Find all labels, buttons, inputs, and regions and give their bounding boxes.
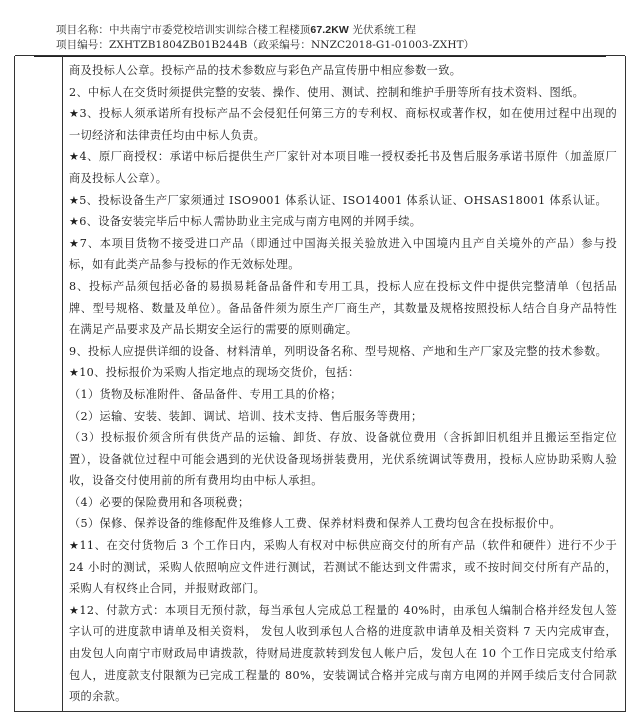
requirement-text: 6、设备安装完毕后中标人需协助业主完成与南方电网的并网手续。 bbox=[79, 215, 421, 228]
requirement-text: 3、投标人须承诺所有投标产品不会侵犯任何第三方的专利权、商标权或著作权，如在使用… bbox=[69, 107, 617, 142]
star-icon: ★ bbox=[69, 194, 79, 207]
requirement-paragraph: ★5、投标设备生产厂家须通过 ISO9001 体系认证、ISO14001 体系认… bbox=[69, 190, 617, 212]
requirement-paragraph: 9、投标人应提供详细的设备、材料清单，列明设备名称、型号规格、产地和生产厂家及完… bbox=[69, 341, 617, 363]
requirement-text: （4）必要的保险费用和各项税费； bbox=[69, 496, 250, 509]
requirement-paragraph: （2）运输、安装、装卸、调试、培训、技术支持、售后服务等费用； bbox=[69, 406, 617, 428]
requirement-text: 商及投标人公章。投标产品的技术参数应与彩色产品宣传册中相应参数一致。 bbox=[69, 64, 461, 77]
requirement-paragraph: ★6、设备安装完毕后中标人需协助业主完成与南方电网的并网手续。 bbox=[69, 211, 617, 233]
requirement-paragraph: 2、中标人在交货时须提供完整的安装、操作、使用、测试、控制和维护手册等所有技术资… bbox=[69, 82, 617, 104]
requirement-paragraph: （1）货物及标准附件、备品备件、专用工具的价格； bbox=[69, 384, 617, 406]
project-number-line: 项目编号：ZXHTZB1804ZB01B244B（政采编号：NNZC2018-G… bbox=[56, 38, 474, 53]
star-icon: ★ bbox=[69, 366, 79, 379]
star-icon: ★ bbox=[69, 237, 80, 250]
requirement-text: （2）运输、安装、装卸、调试、培训、技术支持、售后服务等费用； bbox=[69, 410, 423, 423]
document-header: 项目名称：中共南宁市委党校培训实训综合楼工程楼顶67.2KW 光伏系统工程 项目… bbox=[56, 23, 474, 52]
requirement-text: 9、投标人应提供详细的设备、材料清单，列明设备名称、型号规格、产地和生产厂家及完… bbox=[69, 345, 607, 358]
requirement-paragraph: ★12、付款方式：本项目无预付款，每当承包人完成总工程量的 40%时，由承包人编… bbox=[69, 600, 617, 708]
requirement-paragraph: 8、投标产品须包括必备的易损易耗备品备件和专用工具，投标人应在投标文件中提供完整… bbox=[69, 276, 617, 341]
project-number-label: 项目编号： bbox=[56, 39, 109, 51]
requirement-paragraph: ★11、在交付货物后 3 个工作日内，采购人有权对中标供应商交付的所有产品（软件… bbox=[69, 535, 617, 600]
star-icon: ★ bbox=[69, 539, 79, 552]
requirement-text: （3）投标报价须含所有供货产品的运输、卸货、存放、设备就位费用（含拆卸旧机组并且… bbox=[69, 431, 617, 487]
requirement-text: 2、中标人在交货时须提供完整的安装、操作、使用、测试、控制和维护手册等所有技术资… bbox=[69, 86, 584, 99]
star-icon: ★ bbox=[69, 107, 79, 120]
requirement-text: 10、投标报价为采购人指定地点的现场交货价，包括： bbox=[79, 366, 359, 379]
requirement-text: 5、投标设备生产厂家须通过 ISO9001 体系认证、ISO14001 体系认证… bbox=[79, 194, 607, 207]
project-name-line: 项目名称：中共南宁市委党校培训实训综合楼工程楼顶67.2KW 光伏系统工程 bbox=[56, 23, 474, 38]
star-icon: ★ bbox=[69, 150, 79, 163]
star-icon: ★ bbox=[69, 604, 79, 617]
table-label-column bbox=[15, 56, 63, 711]
requirement-paragraph: ★3、投标人须承诺所有投标产品不会侵犯任何第三方的专利权、商标权或著作权，如在使… bbox=[69, 103, 617, 146]
requirement-text: （1）货物及标准附件、备品备件、专用工具的价格； bbox=[69, 388, 342, 401]
requirement-paragraph: （4）必要的保险费用和各项税费； bbox=[69, 492, 617, 514]
star-icon: ★ bbox=[69, 215, 79, 228]
project-name-value: 中共南宁市委党校培训实训综合楼工程楼顶 bbox=[109, 24, 310, 36]
requirement-text: 11、在交付货物后 3 个工作日内，采购人有权对中标供应商交付的所有产品（软件和… bbox=[69, 539, 617, 595]
requirements-table: 商及投标人公章。投标产品的技术参数应与彩色产品宣传册中相应参数一致。2、中标人在… bbox=[14, 56, 626, 712]
requirement-text: （5）保修、保养设备的维修配件及维修人工费、保养材料费和保养人工费均包含在投标报… bbox=[69, 517, 561, 530]
requirement-paragraph: （5）保修、保养设备的维修配件及维修人工费、保养材料费和保养人工费均包含在投标报… bbox=[69, 513, 617, 535]
requirement-paragraph: ★4、原厂商授权：承诺中标后提供生产厂家针对本项目唯一授权委托书及售后服务承诺书… bbox=[69, 146, 617, 189]
requirement-text: 8、投标产品须包括必备的易损易耗备品备件和专用工具，投标人应在投标文件中提供完整… bbox=[69, 280, 617, 336]
project-number-value: ZXHTZB1804ZB01B244B（政采编号：NNZC2018-G1-010… bbox=[109, 39, 474, 51]
project-capacity: 67.2KW bbox=[310, 24, 349, 36]
requirement-text: 4、原厂商授权：承诺中标后提供生产厂家针对本项目唯一授权委托书及售后服务承诺书原… bbox=[69, 150, 617, 185]
requirement-text: 7、本项目货物不接受进口产品（即通过中国海关报关验放进入中国境内且产自关境外的产… bbox=[69, 237, 617, 272]
table-content-column: 商及投标人公章。投标产品的技术参数应与彩色产品宣传册中相应参数一致。2、中标人在… bbox=[69, 60, 617, 708]
requirement-paragraph: 商及投标人公章。投标产品的技术参数应与彩色产品宣传册中相应参数一致。 bbox=[69, 60, 617, 82]
requirement-text: 12、付款方式：本项目无预付款，每当承包人完成总工程量的 40%时，由承包人编制… bbox=[69, 604, 617, 703]
project-name-label: 项目名称： bbox=[56, 24, 109, 36]
project-name-suffix: 光伏系统工程 bbox=[349, 24, 416, 36]
requirement-paragraph: （3）投标报价须含所有供货产品的运输、卸货、存放、设备就位费用（含拆卸旧机组并且… bbox=[69, 427, 617, 492]
requirement-paragraph: ★7、本项目货物不接受进口产品（即通过中国海关报关验放进入中国境内且产自关境外的… bbox=[69, 233, 617, 276]
requirement-paragraph: ★10、投标报价为采购人指定地点的现场交货价，包括： bbox=[69, 362, 617, 384]
